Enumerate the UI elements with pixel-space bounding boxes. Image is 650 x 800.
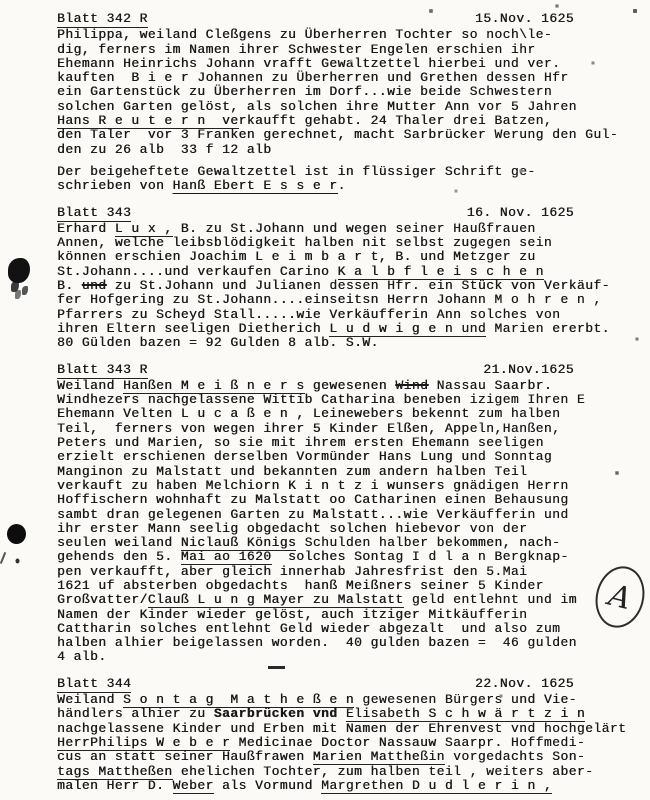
text-line: malen Herr D. Weber als Vormund Margreth… — [57, 779, 650, 793]
ink-blob-icon — [8, 258, 30, 283]
text-line: fer Hofgering zu St.Johann....einseitsn … — [57, 293, 650, 307]
text-segment: kauften B i e r Johannen zu Überherren u… — [57, 70, 569, 85]
text-segment: gewesenen — [305, 378, 396, 393]
text-segment: Medicinae Doctor Nassauw Saarpr. Hoffmed… — [230, 735, 585, 750]
text-line: HerrPhilips W e b e r Medicinae Doctor N… — [57, 736, 650, 750]
text-line: 1621 uf absterben obgedachts hanß Meißne… — [57, 579, 650, 593]
text-segment: Großvatter/ — [57, 592, 148, 607]
text-line: Ehemann Heinrichs Johann vrafft Gewaltze… — [57, 57, 650, 71]
text-line: Erhard L u x , B. zu St.Johann und wegen… — [57, 222, 650, 236]
text-segment: pen verkaufft, aber gleich innerhab Jahr… — [57, 564, 527, 579]
text-segment: den zu 26 alb 33 f 12 alb — [57, 142, 272, 157]
text-line: ihr erster Mann seelig obgedacht solchen… — [57, 522, 650, 536]
entry-date: 16. Nov. 1625 — [467, 206, 574, 222]
text-segment: B. — [57, 278, 82, 293]
text-segment: Weiland — [57, 692, 123, 707]
text-line: Cattharin solches entlehnt Geld wieder a… — [57, 622, 650, 636]
marked-text-segment: Weber — [173, 778, 214, 794]
text-line: 80 Gülden bazen = 92 Gulden 8 alb. S.W. — [57, 336, 650, 350]
document-section: Blatt 343 R21.Nov.1625Weiland Hanßen M e… — [57, 363, 650, 665]
text-segment: Windhezers nachgelassene Wittib Catharin… — [57, 392, 585, 407]
text-line: nachgelassene Kinder und Erben mit Namen… — [57, 722, 650, 736]
text-segment: . — [338, 178, 346, 193]
text-segment: als Vormund — [214, 778, 321, 793]
text-segment: Marien ererbt. — [486, 321, 610, 336]
text-segment: Ehemann Velten L u c a ß e n , Leinewebe… — [57, 406, 560, 421]
text-segment: ein Gartenstück zu Überherren im Dorf...… — [57, 84, 552, 99]
blatt-label: Blatt 342 R — [57, 12, 148, 28]
text-line: Annen, welche leibsblödigkeit halben nit… — [57, 236, 650, 250]
underline-dash-mark — [268, 666, 285, 669]
text-segment: geld entlehnt und im — [404, 592, 577, 607]
scan-noise-specks — [0, 0, 2, 2]
text-segment: nachgelassene Kinder und Erben mit Namen… — [57, 721, 626, 736]
text-segment: zu St.Johann und Julianen dessen Hfr. ei… — [107, 278, 610, 293]
marked-text-segment: Margrethen D u d l e r i n , — [321, 778, 552, 794]
text-line: pen verkaufft, aber gleich innerhab Jahr… — [57, 565, 650, 579]
entry-date: 22.Nov. 1625 — [475, 677, 574, 693]
text-line: Großvatter/Clauß L u n g Mayer zu Malsta… — [57, 593, 650, 607]
document-section: Blatt 34422.Nov. 1625Weiland S o n t a g… — [57, 677, 650, 793]
text-line: B. und zu St.Johann und Julianen dessen … — [57, 279, 650, 293]
document-text-block: Blatt 342 R15.Nov. 1625Philippa, weiland… — [57, 12, 650, 800]
text-segment: 1621 uf absterben obgedachts hanß Meißne… — [57, 578, 544, 593]
text-line: Teil, ferners von wegen ihrer 5 Kinder E… — [57, 422, 650, 436]
text-segment: Nassau Saarbr. — [428, 378, 552, 393]
text-line: ihren Eltern seeligen Dietherich L u d w… — [57, 322, 650, 336]
text-line: schrieben von Hanß Ebert E s s e r. — [57, 179, 650, 193]
document-section: Blatt 34316. Nov. 1625Erhard L u x , B. … — [57, 206, 650, 351]
text-segment: händlers alhier zu — [57, 706, 214, 721]
text-line: händlers alhier zu Saarbrücken vnd Elisa… — [57, 707, 650, 721]
text-segment: schrieben von — [57, 178, 173, 193]
text-segment: 4 alb. — [57, 649, 107, 664]
text-line: dig, ferners im Namen ihrer Schwester En… — [57, 43, 650, 57]
text-line: Weiland S o n t a g M a t h e ß e n gewe… — [57, 693, 650, 707]
marked-text-segment: Saarbrücken vnd — [214, 706, 338, 721]
blatt-label: Blatt 343 R — [57, 363, 148, 379]
text-segment: gewesenen Bürgers und Vie- — [354, 692, 577, 707]
text-segment: malen Herr D. — [57, 778, 173, 793]
text-segment: 80 Gülden bazen = 92 Gulden 8 alb. S.W. — [57, 335, 379, 350]
text-line: den zu 26 alb 33 f 12 alb — [57, 143, 650, 157]
text-segment: ihren Eltern seeligen Dietherich — [57, 321, 329, 336]
text-line: Manginon zu Malstatt und bekannten zum a… — [57, 465, 650, 479]
circled-letter-label: A — [605, 577, 634, 616]
text-segment: vorgedachts Son- — [445, 749, 585, 764]
text-segment: ihr erster Mann seelig obgedacht solchen… — [57, 521, 527, 536]
text-segment: halben alhier beigelassen worden. 40 gul… — [57, 635, 577, 650]
text-segment: dig, ferners im Namen ihrer Schwester En… — [57, 42, 536, 57]
pen-mark-icon — [0, 552, 6, 564]
text-line: können erschien Joachim L e i m b a r t,… — [57, 250, 650, 264]
text-segment: können erschien Joachim L e i m b a r t,… — [57, 249, 536, 264]
text-segment: Teil, ferners von wegen ihrer 5 Kinder E… — [57, 421, 560, 436]
text-line: Ehemann Velten L u c a ß e n , Leinewebe… — [57, 407, 650, 421]
text-line: kauften B i e r Johannen zu Überherren u… — [57, 71, 650, 85]
text-segment: sambt dran gelegenen Garten zu Malstatt.… — [57, 507, 569, 522]
text-segment: solchen Garten gelöst, als solchen ihre … — [57, 99, 577, 114]
text-segment: rkaufft gehabt. 24 Thaler drei Batzen, — [239, 113, 553, 128]
text-segment: verkauft zu haben Melchiorn K i n t z i … — [57, 478, 569, 493]
scanned-document-page: Blatt 342 R15.Nov. 1625Philippa, weiland… — [0, 0, 650, 800]
text-line: St.Johann....und verkaufen Carino K a l … — [57, 265, 650, 279]
text-segment: cus an statt seiner Haußfrawen — [57, 749, 313, 764]
text-line: sambt dran gelegenen Garten zu Malstatt.… — [57, 508, 650, 522]
text-segment: Weiland — [57, 378, 123, 393]
text-line: verkauft zu haben Melchiorn K i n t z i … — [57, 479, 650, 493]
text-line: seulen weiland Niclauß Königs Schulden h… — [57, 536, 650, 550]
text-line: tags Mattheßen ehelichen Tochter, zum ha… — [57, 765, 650, 779]
text-line: ein Gartenstück zu Überherren im Dorf...… — [57, 85, 650, 99]
text-segment: den Taler vor 3 Franken gerechnet, macht… — [57, 127, 618, 142]
text-segment: Erhard — [57, 221, 115, 236]
text-segment: Peters und Marien, so sie mit ihrem erst… — [57, 435, 544, 450]
text-segment: Ehemann Heinrichs Johann vrafft Gewaltze… — [57, 56, 560, 71]
text-segment: Pfarrers zu Scheyd Stall.....wie Verkäuf… — [57, 307, 560, 322]
text-line: cus an statt seiner Haußfrawen Marien Ma… — [57, 750, 650, 764]
text-segment: seulen weiland — [57, 535, 181, 550]
text-segment — [338, 706, 346, 721]
document-section: Blatt 342 R15.Nov. 1625Philippa, weiland… — [57, 12, 650, 194]
text-line: Namen der Kinder wieder gelöst, auch itz… — [57, 608, 650, 622]
text-segment: Namen der Kinder wieder gelöst, auch itz… — [57, 607, 527, 622]
section-header: Blatt 342 R15.Nov. 1625 — [57, 12, 650, 28]
text-line: halben alhier beigelassen worden. 40 gul… — [57, 636, 650, 650]
entry-date: 15.Nov. 1625 — [475, 12, 574, 28]
text-line: Hans R e u t e r n verkaufft gehabt. 24 … — [57, 114, 650, 128]
text-segment: B. zu St.Johann und wegen seiner Haußfra… — [173, 221, 536, 236]
text-line: Philippa, weiland Cleßgens zu Überherren… — [57, 28, 650, 42]
text-line: gehends den 5. Mai ao 1620 solches Sonta… — [57, 550, 650, 564]
text-line: Windhezers nachgelassene Wittib Catharin… — [57, 393, 650, 407]
section-header: Blatt 34422.Nov. 1625 — [57, 677, 650, 693]
text-line: Pfarrers zu Scheyd Stall.....wie Verkäuf… — [57, 308, 650, 322]
text-segment: Manginon zu Malstatt und bekannten zum a… — [57, 464, 527, 479]
text-segment: Philippa, weiland Cleßgens zu Überherren… — [57, 27, 552, 42]
text-line: 4 alb. — [57, 650, 650, 664]
blatt-label: Blatt 343 — [57, 206, 131, 222]
text-segment: Hoffischern wohnhaft zu Malstatt oo Cath… — [57, 492, 569, 507]
text-segment: Der beigeheftete Gewaltzettel ist in flü… — [57, 164, 536, 179]
text-segment: Annen, welche leibsblödigkeit halben nit… — [57, 235, 552, 250]
text-line: solchen Garten gelöst, als solchen ihre … — [57, 100, 650, 114]
ink-blob-icon — [7, 524, 26, 544]
text-segment: Cattharin solches entlehnt Geld wieder a… — [57, 621, 560, 636]
text-segment: ehelichen Tochter, zum halben teil , wei… — [173, 764, 594, 779]
text-segment: gehends den 5. — [57, 549, 181, 564]
blatt-label: Blatt 344 — [57, 677, 131, 693]
text-segment: St.Johann....und verkaufen Carino — [57, 264, 338, 279]
text-line: Der beigeheftete Gewaltzettel ist in flü… — [57, 165, 650, 179]
marked-text-segment: Wind — [395, 378, 428, 393]
text-segment: Schulden halber bekommen, nach- — [296, 535, 560, 550]
text-line: erzielt erschienen derselben Vormünder H… — [57, 450, 650, 464]
text-line: den Taler vor 3 Franken gerechnet, macht… — [57, 128, 650, 142]
section-header: Blatt 34316. Nov. 1625 — [57, 206, 650, 222]
text-line: Peters und Marien, so sie mit ihrem erst… — [57, 436, 650, 450]
text-line: Hoffischern wohnhaft zu Malstatt oo Cath… — [57, 493, 650, 507]
text-line: Weiland Hanßen M e i ß n e r s gewesenen… — [57, 379, 650, 393]
entry-date: 21.Nov.1625 — [483, 363, 574, 379]
marked-text-segment: Hanß Ebert E s s e r — [173, 178, 338, 194]
section-header: Blatt 343 R21.Nov.1625 — [57, 363, 650, 379]
text-segment: fer Hofgering zu St.Johann....einseitsn … — [57, 292, 602, 307]
text-segment: solches Sontag I d l a n Bergknap- — [272, 549, 569, 564]
text-segment: erzielt erschienen derselben Vormünder H… — [57, 449, 552, 464]
marked-text-segment: und — [82, 278, 107, 293]
